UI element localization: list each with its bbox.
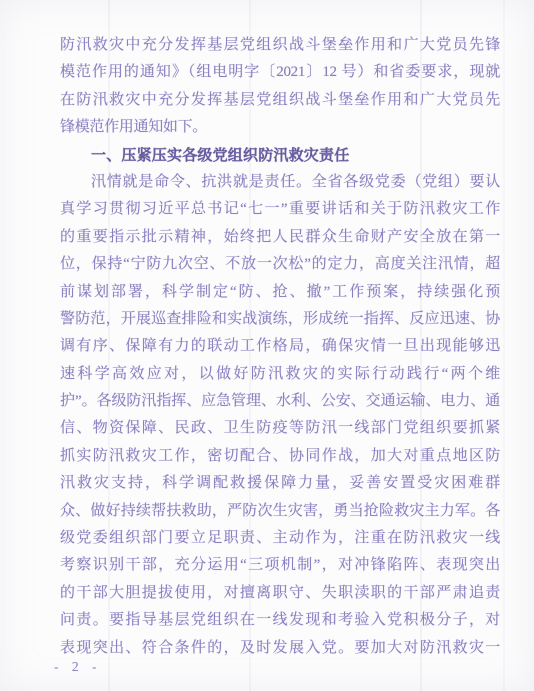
document-line: 抓实防汛救灾工作，密切配合、协同作战，加大对重点地区防 <box>60 443 500 470</box>
document-line: 速科学高效应对，以做好防汛救灾的实际行动践行“两个维 <box>60 361 500 388</box>
document-line: 汛救灾支持，科学调配救援保障力量，妥善安置受灾困难群 <box>60 470 500 497</box>
document-line: 护”。各级防汛指挥、应急管理、水利、公安、交通运输、电力、通 <box>60 388 500 415</box>
document-line: 级党委组织部门要立足职责、主动作为，注重在防汛救灾一线 <box>60 525 500 552</box>
document-line: 在防汛救灾中充分发挥基层党组织战斗堡垒作用和广大党员先 <box>60 87 500 114</box>
document-line: 问责。要指导基层党组织在一线发现和考验入党积极分子，对 <box>60 607 500 634</box>
document-line: 真学习贯彻习近平总书记“七一”重要讲话和关于防汛救灾工作 <box>60 196 500 223</box>
document-line: 模范作用的通知》（组电明字〔2021〕12 号）和省委要求，现就 <box>60 59 500 86</box>
document-page: 防汛救灾中充分发挥基层党组织战斗堡垒作用和广大党员先锋 模范作用的通知》（组电明… <box>0 0 534 691</box>
scan-artifact-line <box>503 0 505 691</box>
document-line: 锋模范作用通知如下。 <box>60 114 500 141</box>
document-line: 信、物资保障、民政、卫生防疫等防汛一线部门党组织要抓紧 <box>60 415 500 442</box>
page-number: - 2 - <box>54 659 102 675</box>
document-line: 调有序、保障有力的联动工作格局，确保灾情一旦出现能够迅 <box>60 333 500 360</box>
document-line: 防汛救灾中充分发挥基层党组织战斗堡垒作用和广大党员先锋 <box>60 32 500 59</box>
document-line: 位，保持“宁防九次空、不放一次松”的定力，高度关注汛情，超 <box>60 251 500 278</box>
document-line: 的干部大胆提拔使用，对擅离职守、失职渎职的干部严肃追责 <box>60 580 500 607</box>
section-heading: 一、压紧压实各级党组织防汛救灾责任 <box>60 142 500 169</box>
document-line: 前谋划部署，科学制定“防、抢、撤”工作预案，持续强化预 <box>60 279 500 306</box>
document-line: 警防范，开展巡查排险和实战演练，形成统一指挥、反应迅速、协 <box>60 306 500 333</box>
document-line: 的重要指示批示精神，始终把人民群众生命财产安全放在第一 <box>60 224 500 251</box>
document-body: 防汛救灾中充分发挥基层党组织战斗堡垒作用和广大党员先锋 模范作用的通知》（组电明… <box>60 32 500 662</box>
document-line: 汛情就是命令、抗洪就是责任。全省各级党委（党组）要认 <box>60 169 500 196</box>
document-line: 考察识别干部，充分运用“三项机制”，对冲锋陷阵、表现突出 <box>60 552 500 579</box>
document-line: 表现突出、符合条件的，及时发展入党。要加大对防汛救灾一 <box>60 635 500 662</box>
document-line: 众、做好持续帮扶救助，严防次生灾害，勇当抢险救灾主力军。各 <box>60 498 500 525</box>
